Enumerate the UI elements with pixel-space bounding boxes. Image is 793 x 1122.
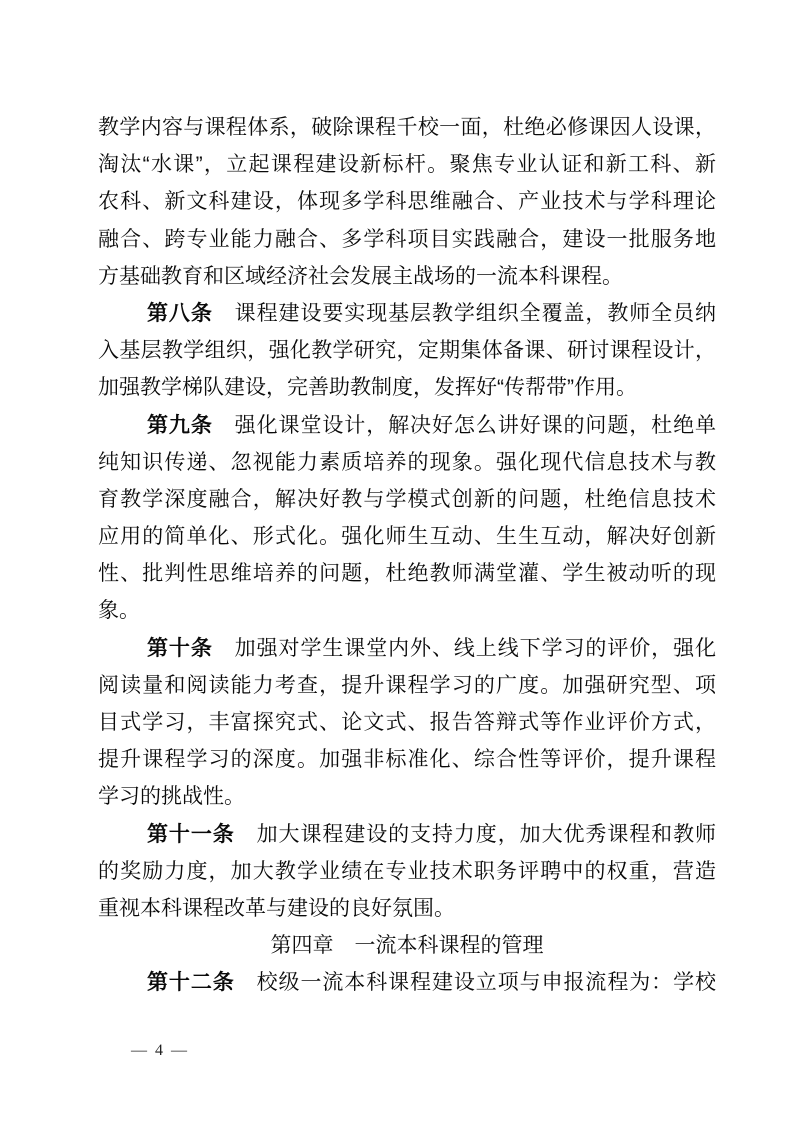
text-line: 提升课程学习的深度。加强非标准化、综合性等评价，提升课程 xyxy=(98,741,716,778)
text-line: 教学内容与课程体系，破除课程千校一面，杜绝必修课因人设课， xyxy=(98,109,716,146)
text-line: 学习的挑战性。 xyxy=(98,778,716,815)
text-line: 第八条 课程建设要实现基层教学组织全覆盖，教师全员纳 xyxy=(98,295,716,332)
page-number: — 4 — xyxy=(131,1041,189,1061)
text-line: 纯知识传递、忽视能力素质培养的现象。强化现代信息技术与教 xyxy=(98,444,716,481)
text-line: 第九条 强化课堂设计，解决好怎么讲好课的问题，杜绝单 xyxy=(98,407,716,444)
text-line: 性、批判性思维培养的问题，杜绝教师满堂灌、学生被动听的现 xyxy=(98,555,716,592)
text-line: 育教学深度融合，解决好教与学模式创新的问题，杜绝信息技术 xyxy=(98,481,716,518)
article-number-label: 第十一条 xyxy=(147,823,235,846)
text-line: 第十二条 校级一流本科课程建设立项与申报流程为：学校 xyxy=(98,964,716,1001)
article-number-label: 第八条 xyxy=(147,302,213,325)
text-line: 阅读量和阅读能力考查，提升课程学习的广度。加强研究型、项 xyxy=(98,667,716,704)
text-line: 加强教学梯队建设，完善助教制度，发挥好“传帮带”作用。 xyxy=(98,369,716,406)
document-body: 教学内容与课程体系，破除课程千校一面，杜绝必修课因人设课，淘汰“水课”，立起课程… xyxy=(98,109,716,1002)
text-line: 第十一条 加大课程建设的支持力度，加大优秀课程和教师 xyxy=(98,816,716,853)
article-number-label: 第十二条 xyxy=(147,971,235,994)
document-page: 教学内容与课程体系，破除课程千校一面，杜绝必修课因人设课，淘汰“水课”，立起课程… xyxy=(0,0,793,1122)
text-line: 入基层教学组织，强化教学研究，定期集体备课、研讨课程设计， xyxy=(98,332,716,369)
text-line: 淘汰“水课”，立起课程建设新标杆。聚焦专业认证和新工科、新 xyxy=(98,146,716,183)
text-line: 重视本科课程改革与建设的良好氛围。 xyxy=(98,890,716,927)
text-line: 农科、新文科建设，体现多学科思维融合、产业技术与学科理论 xyxy=(98,183,716,220)
text-line: 融合、跨专业能力融合、多学科项目实践融合，建设一批服务地 xyxy=(98,221,716,258)
text-line: 象。 xyxy=(98,592,716,629)
article-number-label: 第九条 xyxy=(147,414,213,437)
text-line: 的奖励力度，加大教学业绩在专业技术职务评聘中的权重，营造 xyxy=(98,853,716,890)
chapter-heading: 第四章 一流本科课程的管理 xyxy=(98,927,716,964)
article-number-label: 第十条 xyxy=(147,637,213,660)
text-line: 应用的简单化、形式化。强化师生互动、生生互动，解决好创新 xyxy=(98,518,716,555)
text-line: 方基础教育和区域经济社会发展主战场的一流本科课程。 xyxy=(98,258,716,295)
text-line: 目式学习，丰富探究式、论文式、报告答辩式等作业评价方式， xyxy=(98,704,716,741)
text-line: 第十条 加强对学生课堂内外、线上线下学习的评价，强化 xyxy=(98,630,716,667)
